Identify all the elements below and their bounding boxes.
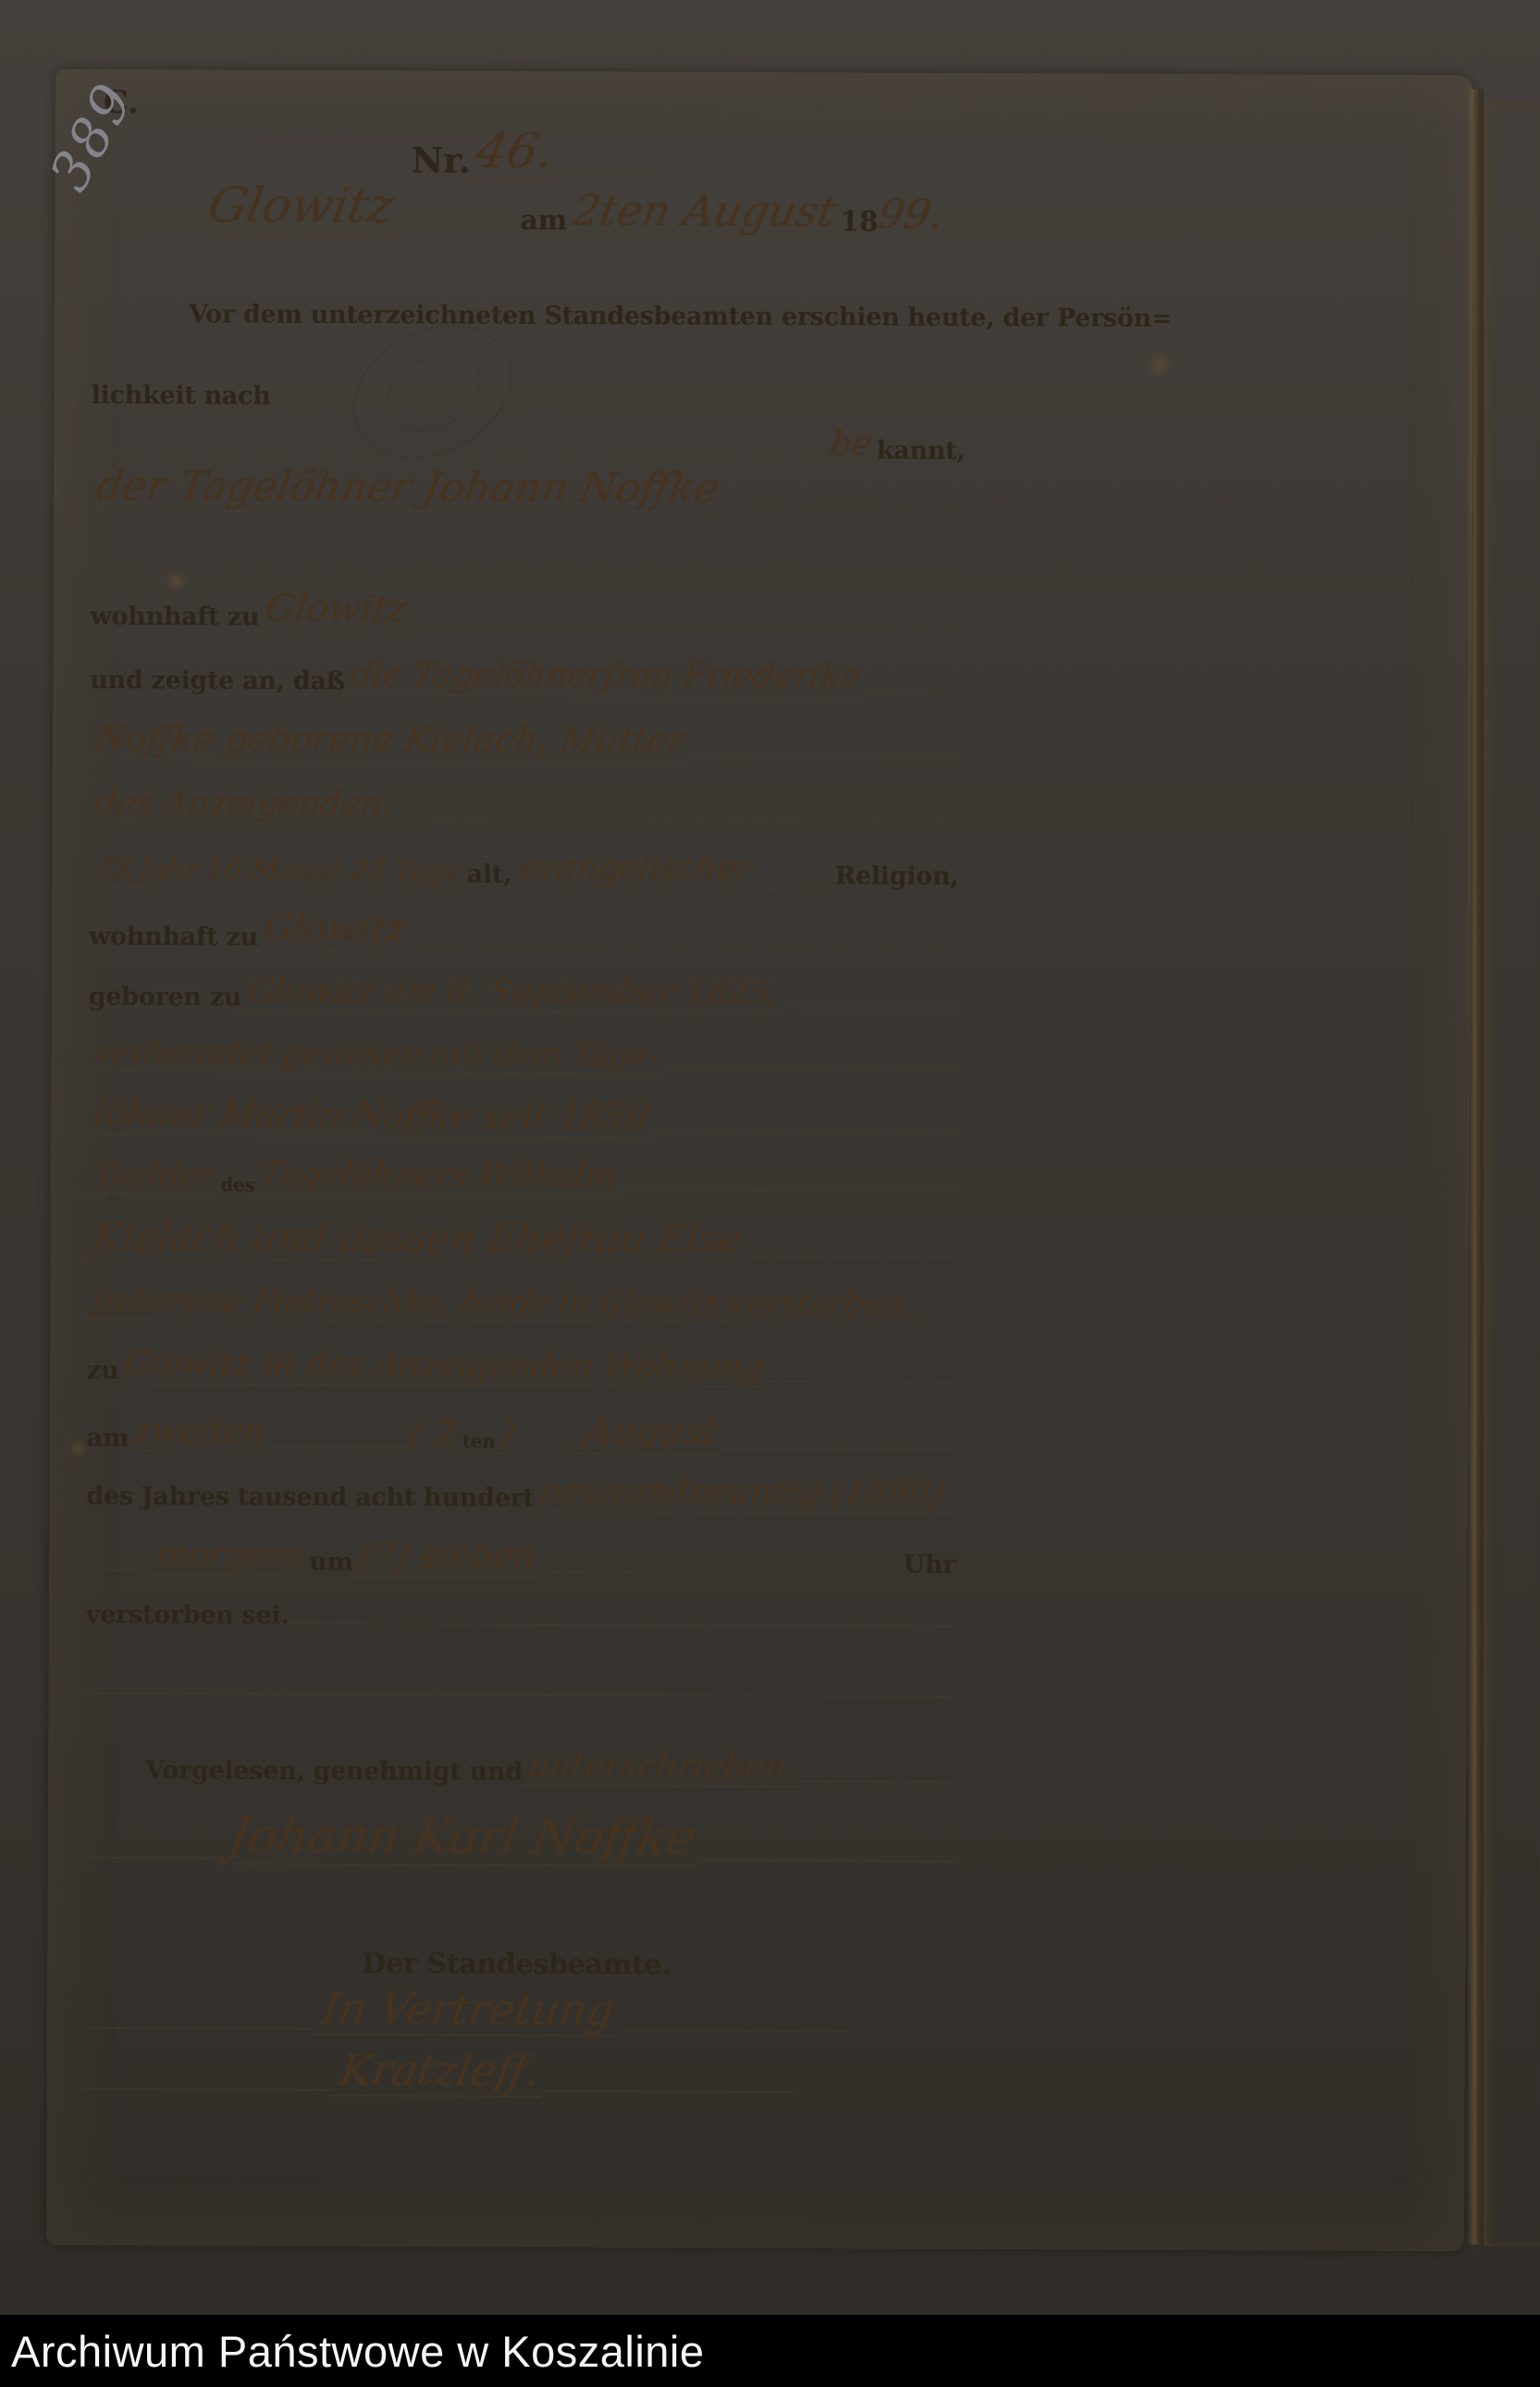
age-value: 73 Jahr 10 Monat 25 Tage xyxy=(86,855,470,889)
marriage-row-2: löhner Martin Noffke seit 1850 xyxy=(88,1095,957,1140)
report-row-3: des Anzeigenden, xyxy=(90,785,959,828)
dotted-rule xyxy=(701,1860,955,1862)
residence-value-1: Glowitz xyxy=(255,588,415,632)
father-name: Tagelöhners Wilhelm xyxy=(252,1156,625,1197)
identity-row: lichkeit nach xyxy=(92,382,961,414)
dotted-rule xyxy=(85,1692,955,1698)
dotted-rule xyxy=(620,2029,852,2032)
dateline-row: Glowitz am 2ten August 18 99. xyxy=(147,179,942,238)
um-label: um xyxy=(309,1549,353,1577)
report-row-2: Noffke geborene Kielach, Mutter xyxy=(90,719,959,764)
zu-label: zu xyxy=(87,1357,119,1385)
dotted-rule xyxy=(769,1380,956,1383)
geboren-label: geboren zu xyxy=(89,983,241,1012)
residence-value-2: Glowitz xyxy=(254,909,414,952)
blank-rule-row xyxy=(91,565,960,578)
record-number-row: Nr. 46. xyxy=(412,124,652,180)
standesbeamte-label: Der Standesbeamte. xyxy=(362,1948,671,1981)
report-row-1: und zeigte an, daß die Tagelöhnerfrau Fr… xyxy=(90,656,959,699)
deceased-line-3: des Anzeigenden, xyxy=(86,785,401,826)
declarant-name: der Tagelöhner Johann Noffke xyxy=(87,464,728,513)
age-religion-row: 73 Jahr 10 Monat 25 Tage alt, evangelisc… xyxy=(89,848,958,891)
wohnhaft-label: wohnhaft zu xyxy=(90,602,259,631)
time-of-day: morgens xyxy=(147,1537,313,1577)
dotted-rule xyxy=(398,229,520,231)
registrar-signature-line-1: In Vertretung xyxy=(312,1985,623,2036)
declarant-signature: Johann Karl Noffke xyxy=(218,1810,706,1867)
death-place-row: zu Glowitz in des Anzeigenden Wohnung xyxy=(87,1346,956,1389)
death-day-word: zweiten xyxy=(125,1414,274,1453)
registrar-heading-row: Der Standesbeamte. xyxy=(362,1948,917,1982)
dotted-rule xyxy=(91,454,824,459)
dotted-rule xyxy=(664,1068,957,1070)
blank-rule-row-2 xyxy=(85,1690,955,1703)
des-label: des xyxy=(220,1174,254,1195)
dotted-rule xyxy=(541,1571,904,1575)
archive-watermark-bar: Archiwum Państwowe w Koszalinie xyxy=(0,2315,1540,2387)
registrar-signature-row-1: In Vertretung xyxy=(84,1985,852,2037)
death-day-row: am zweiten ( 2 ten ) August xyxy=(87,1409,956,1456)
marriage-line-1: verheiratet gewesen mit dem Tage- xyxy=(85,1035,668,1075)
dotted-rule xyxy=(802,1781,955,1784)
deceased-line-2: Noffke geborene Kielach, Mutter xyxy=(86,719,694,762)
dotted-rule xyxy=(690,755,959,758)
dotted-rule xyxy=(271,1445,410,1448)
parents-line-3: geborene Piotraschke, beide in Glowitz v… xyxy=(84,1283,960,1324)
religion-value: evangelischer xyxy=(508,850,838,891)
marriage-line-2: löhner Martin Noffke seit 1850 xyxy=(84,1095,657,1138)
death-place-detail: des Anzeigenden Wohnung xyxy=(297,1347,771,1388)
death-record-page: C. 389 Nr. 46. Glowitz am 2ten August 18… xyxy=(46,69,1473,2252)
unterschrieben-word: unterschrieben. xyxy=(519,1748,806,1788)
death-year-value: neunundneunzig (1899) xyxy=(531,1474,959,1515)
declarant-row: der Tagelöhner Johann Noffke xyxy=(91,464,960,514)
bekannt-handwritten-part: be xyxy=(821,426,881,465)
residence-row-2: wohnhaft zu Glowitz xyxy=(89,908,958,955)
parents-row-3: geborene Piotraschke, beide in Glowitz v… xyxy=(87,1283,956,1324)
tochter-word: Tochter xyxy=(84,1157,224,1195)
am2-label: am xyxy=(87,1424,129,1452)
dotted-rule xyxy=(558,173,652,175)
deceased-statement-row: verstorben sei. xyxy=(86,1602,955,1633)
intro-text: Vor dem unterzeichneten Standesbeamten e… xyxy=(189,301,1172,333)
birth-row: geboren zu Glowitz am 8. September 1825, xyxy=(89,972,958,1015)
dotted-rule xyxy=(289,1623,955,1627)
lichkeit-label: lichkeit nach xyxy=(92,382,271,411)
ten-suffix-label: ten xyxy=(457,1431,501,1454)
parents-row-2: Kielach und dessen Ehefrau Else xyxy=(88,1215,957,1264)
dotted-rule xyxy=(84,2087,335,2090)
dotted-rule xyxy=(91,567,960,573)
foxing-spot xyxy=(68,1439,89,1459)
dotted-rule xyxy=(545,2090,795,2093)
death-place-value: Glowitz xyxy=(116,1346,261,1386)
jahres-label: des Jahres tausend acht hundert xyxy=(86,1483,534,1513)
paren-open-and-digit: ( 2 xyxy=(406,1415,461,1454)
record-number-value: 46. xyxy=(465,125,563,181)
wohnhaft2-label: wohnhaft zu xyxy=(89,922,258,951)
adjacent-page-edge xyxy=(1483,104,1540,2246)
death-time-row: morgens um (7) sieben Uhr xyxy=(86,1535,955,1580)
dotted-rule xyxy=(622,1190,957,1193)
vorgelesen-label: Vorgelesen, genehmigt und xyxy=(145,1757,523,1787)
dotted-rule xyxy=(147,227,203,229)
dotted-rule xyxy=(723,506,960,509)
dotted-rule xyxy=(86,1568,151,1570)
intro-row: Vor dem unterzeichneten Standesbeamten e… xyxy=(189,301,956,332)
deceased-line-1: die Tagelöhnerfrau Friederike xyxy=(341,657,869,699)
bekannt-row: be kannt, xyxy=(91,423,965,465)
archive-name: Archiwum Państwowe w Koszalinie xyxy=(0,2326,705,2377)
foxing-spot xyxy=(1146,352,1174,379)
time-value: (7) sieben xyxy=(350,1536,545,1577)
verstorben-label: verstorben sei. xyxy=(86,1602,290,1630)
death-month: August xyxy=(575,1411,726,1454)
nr-label: Nr. xyxy=(412,141,471,180)
struck-word: in xyxy=(253,1347,303,1386)
parents-line-2: Kielach und dessen Ehefrau Else xyxy=(83,1215,750,1263)
dotted-rule xyxy=(786,1007,958,1009)
kannt-label: kannt, xyxy=(877,438,966,466)
birth-value: Glowitz am 8. September 1825, xyxy=(238,973,790,1015)
dotted-rule xyxy=(411,945,958,949)
alt-label: alt, xyxy=(467,861,512,889)
zeigte-label: und zeigte an, daß xyxy=(90,667,345,696)
printed-century: 18 xyxy=(840,206,878,238)
dotted-rule xyxy=(653,1131,957,1133)
residence-row-1: wohnhaft zu Glowitz xyxy=(90,587,959,635)
am-label: am xyxy=(520,205,567,237)
dotted-rule xyxy=(398,819,958,823)
registrar-signature-line-2: Kratzleff. xyxy=(330,2047,549,2096)
dateline-day-month: 2ten August xyxy=(562,187,844,238)
dotted-rule xyxy=(84,2026,316,2029)
registrar-signature-row-2: Kratzleff. xyxy=(84,2046,796,2098)
parents-row-1: Tochter des Tagelöhners Wilhelm xyxy=(88,1156,957,1198)
attestation-row: Vorgelesen, genehmigt und unterschrieben… xyxy=(85,1746,955,1788)
religion-label: Religion, xyxy=(835,862,959,891)
dotted-rule xyxy=(412,625,959,629)
death-year-row: des Jahres tausend acht hundert neunundn… xyxy=(86,1472,955,1515)
dotted-rule xyxy=(514,1447,579,1449)
uhr-label: Uhr xyxy=(904,1552,956,1579)
dateline-place: Glowitz xyxy=(198,179,403,235)
marriage-row-1: verheiratet gewesen mit dem Tage- xyxy=(88,1035,957,1076)
declarant-signature-row: Johann Karl Noffke xyxy=(85,1809,955,1868)
dotted-rule xyxy=(746,1255,956,1258)
dotted-rule xyxy=(865,691,959,693)
dotted-rule xyxy=(85,1857,224,1860)
dotted-rule xyxy=(722,1448,956,1451)
dateline-year: 99. xyxy=(874,192,947,239)
